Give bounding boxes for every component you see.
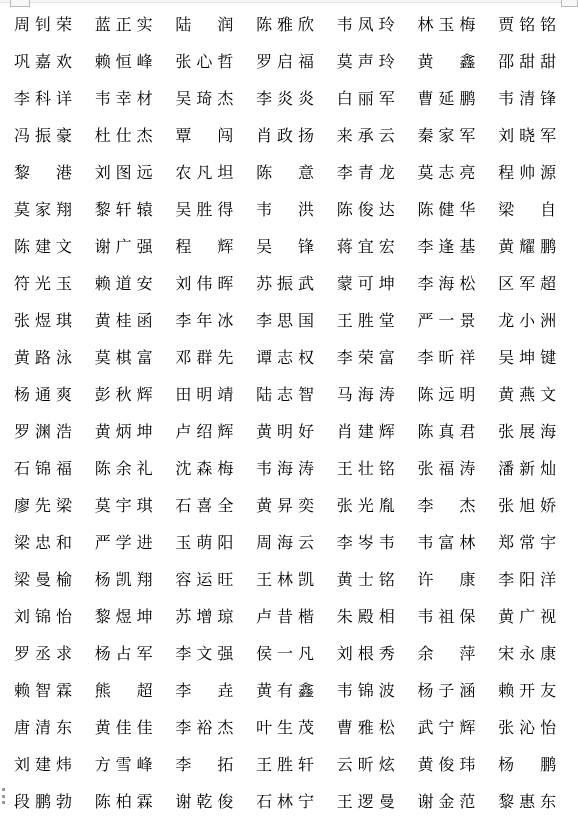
drag-handle-dots-icon[interactable] — [1, 788, 6, 804]
name-cell: 吴锋 — [256, 239, 314, 255]
name-cell: 陈柏霖 — [95, 794, 153, 810]
name-cell: 杨占军 — [95, 646, 153, 662]
name-cell: 莫棋富 — [95, 350, 153, 366]
name-cell: 陈远明 — [417, 387, 475, 403]
name-cell: 张沁怡 — [498, 720, 556, 736]
name-row: 张煜琪黄桂函李年冰李思国王胜堂严一景龙小洲 — [14, 302, 564, 339]
name-cell: 马海涛 — [337, 387, 395, 403]
name-cell: 吴坤键 — [498, 350, 556, 366]
name-cell: 卢绍辉 — [175, 424, 233, 440]
name-cell: 黄广视 — [498, 609, 556, 625]
name-cell: 容运旺 — [175, 572, 233, 588]
name-cell: 宋永康 — [498, 646, 556, 662]
name-cell: 莫家翔 — [14, 202, 72, 218]
name-cell: 唐清东 — [14, 720, 72, 736]
name-cell: 武宁辉 — [417, 720, 475, 736]
name-cell: 周钊荣 — [14, 17, 72, 33]
name-cell: 黄桂函 — [95, 313, 153, 329]
name-cell: 谢乾俊 — [175, 794, 233, 810]
name-cell: 韦富林 — [417, 535, 475, 551]
name-cell: 陈意 — [256, 165, 314, 181]
name-cell: 蓝正实 — [95, 17, 153, 33]
name-cell: 黄明好 — [256, 424, 314, 440]
name-cell: 王壮铭 — [337, 461, 395, 477]
name-cell: 谢广强 — [95, 239, 153, 255]
name-row: 梁曼榆杨凯翔容运旺王林凯黄士铭许康李阳洋 — [14, 561, 564, 598]
name-cell: 黄路泳 — [14, 350, 72, 366]
name-cell: 来承云 — [337, 128, 395, 144]
name-cell: 许康 — [417, 572, 475, 588]
name-cell: 侯一凡 — [256, 646, 314, 662]
name-cell: 韦幸材 — [95, 91, 153, 107]
name-row: 石锦福陈余礼沈森梅韦海涛王壮铭张福涛潘新灿 — [14, 450, 564, 487]
name-cell: 黎港 — [14, 165, 72, 181]
name-cell: 韦清锋 — [498, 91, 556, 107]
name-cell: 赖恒峰 — [95, 54, 153, 70]
drag-dot — [2, 788, 5, 791]
name-cell: 罗渊浩 — [14, 424, 72, 440]
name-cell: 李年冰 — [175, 313, 233, 329]
name-cell: 李裕杰 — [175, 720, 233, 736]
name-cell: 黄昇奕 — [256, 498, 314, 514]
name-cell: 肖建辉 — [337, 424, 395, 440]
name-cell: 石锦福 — [14, 461, 72, 477]
name-cell: 张光胤 — [337, 498, 395, 514]
name-cell: 余萍 — [417, 646, 475, 662]
name-cell: 符光玉 — [14, 276, 72, 292]
name-cell: 李文强 — [175, 646, 233, 662]
name-cell: 林玉梅 — [417, 17, 475, 33]
name-cell: 玉萌阳 — [175, 535, 233, 551]
name-cell: 曹延鹏 — [417, 91, 475, 107]
name-cell: 李思国 — [256, 313, 314, 329]
name-cell: 曹雅松 — [337, 720, 395, 736]
name-cell: 石林宁 — [256, 794, 314, 810]
name-cell: 贾铭铭 — [498, 17, 556, 33]
name-cell: 田明靖 — [175, 387, 233, 403]
name-cell: 赖开友 — [498, 683, 556, 699]
name-cell: 熊超 — [95, 683, 153, 699]
name-cell: 王林凯 — [256, 572, 314, 588]
name-cell: 杨鹏 — [498, 757, 556, 773]
name-cell: 张煜琪 — [14, 313, 72, 329]
name-cell: 龙小洲 — [498, 313, 556, 329]
name-cell: 罗丞求 — [14, 646, 72, 662]
name-cell: 陈俊达 — [337, 202, 395, 218]
name-cell: 赖智霖 — [14, 683, 72, 699]
name-cell: 李阳洋 — [498, 572, 556, 588]
name-row: 黎港刘图远农凡坦陈意李青龙莫志亮程帅源 — [14, 154, 564, 191]
name-cell: 黄炳坤 — [95, 424, 153, 440]
name-cell: 韦祖保 — [417, 609, 475, 625]
name-cell: 区军超 — [498, 276, 556, 292]
name-cell: 刘图远 — [95, 165, 153, 181]
name-cell: 莫声玲 — [337, 54, 395, 70]
name-row: 冯振豪杜仕杰覃闯肖政扬来承云秦家军刘晓军 — [14, 117, 564, 154]
name-cell: 黄俊玮 — [417, 757, 475, 773]
name-cell: 沈森梅 — [175, 461, 233, 477]
name-cell: 李垚 — [175, 683, 233, 699]
name-cell: 赖道安 — [95, 276, 153, 292]
name-cell: 段鹏勃 — [14, 794, 72, 810]
name-cell: 李昕祥 — [417, 350, 475, 366]
name-cell: 刘锦怡 — [14, 609, 72, 625]
name-grid: 周钊荣蓝正实陆润陈雅欣韦凤玲林玉梅贾铭铭巩嘉欢赖恒峰张心哲罗启福莫声玲黄鑫邵甜甜… — [14, 6, 564, 820]
name-cell: 梁自 — [498, 202, 556, 218]
name-cell: 韦锦波 — [337, 683, 395, 699]
name-cell: 苏振武 — [256, 276, 314, 292]
name-cell: 刘晓军 — [498, 128, 556, 144]
name-cell: 张心哲 — [175, 54, 233, 70]
document-page: 周钊荣蓝正实陆润陈雅欣韦凤玲林玉梅贾铭铭巩嘉欢赖恒峰张心哲罗启福莫声玲黄鑫邵甜甜… — [0, 0, 578, 837]
name-cell: 黄燕文 — [498, 387, 556, 403]
name-cell: 李青龙 — [337, 165, 395, 181]
name-cell: 黎轩辕 — [95, 202, 153, 218]
name-row: 陈建文谢广强程辉吴锋蒋宜宏李逢基黄耀鹏 — [14, 228, 564, 265]
drag-dot — [2, 795, 5, 798]
name-cell: 秦家军 — [417, 128, 475, 144]
name-cell: 莫宇琪 — [95, 498, 153, 514]
name-row: 唐清东黄佳佳李裕杰叶生茂曹雅松武宁辉张沁怡 — [14, 709, 564, 746]
name-cell: 周海云 — [256, 535, 314, 551]
name-cell: 白丽军 — [337, 91, 395, 107]
name-cell: 巩嘉欢 — [14, 54, 72, 70]
name-cell: 黎煜坤 — [95, 609, 153, 625]
name-row: 刘锦怡黎煜坤苏增琼卢昔楷朱殿相韦祖保黄广视 — [14, 598, 564, 635]
name-row: 杨通爽彭秋辉田明靖陆志智马海涛陈远明黄燕文 — [14, 376, 564, 413]
name-cell: 杨凯翔 — [95, 572, 153, 588]
name-cell: 刘伟晖 — [175, 276, 233, 292]
name-cell: 陆润 — [175, 17, 233, 33]
name-cell: 石喜全 — [175, 498, 233, 514]
name-cell: 韦凤玲 — [337, 17, 395, 33]
name-cell: 卢昔楷 — [256, 609, 314, 625]
name-cell: 谭志权 — [256, 350, 314, 366]
name-row: 刘建炜方雪峰李拓王胜轩云昕炫黄俊玮杨鹏 — [14, 746, 564, 783]
name-cell: 陈建文 — [14, 239, 72, 255]
name-cell: 潘新灿 — [498, 461, 556, 477]
name-cell: 严一景 — [417, 313, 475, 329]
name-cell: 杨子涵 — [417, 683, 475, 699]
name-row: 巩嘉欢赖恒峰张心哲罗启福莫声玲黄鑫邵甜甜 — [14, 43, 564, 80]
name-cell: 严学进 — [95, 535, 153, 551]
name-cell: 肖政扬 — [256, 128, 314, 144]
name-cell: 韦海涛 — [256, 461, 314, 477]
name-cell: 杨通爽 — [14, 387, 72, 403]
name-cell: 黄佳佳 — [95, 720, 153, 736]
name-cell: 王逻曼 — [337, 794, 395, 810]
name-row: 廖先梁莫宇琪石喜全黄昇奕张光胤李杰张旭娇 — [14, 487, 564, 524]
name-cell: 李逢基 — [417, 239, 475, 255]
name-row: 周钊荣蓝正实陆润陈雅欣韦凤玲林玉梅贾铭铭 — [14, 6, 564, 43]
name-cell: 蒋宜宏 — [337, 239, 395, 255]
name-cell: 黄耀鹏 — [498, 239, 556, 255]
name-cell: 黎惠东 — [498, 794, 556, 810]
drag-dot — [2, 801, 5, 804]
name-row: 梁忠和严学进玉萌阳周海云李岑韦韦富林郑常宇 — [14, 524, 564, 561]
name-cell: 邵甜甜 — [498, 54, 556, 70]
name-cell: 陆志智 — [256, 387, 314, 403]
name-cell: 黄鑫 — [417, 54, 475, 70]
name-cell: 梁曼榆 — [14, 572, 72, 588]
name-cell: 李科详 — [14, 91, 72, 107]
name-cell: 李岑韦 — [337, 535, 395, 551]
name-cell: 程帅源 — [498, 165, 556, 181]
name-cell: 覃闯 — [175, 128, 233, 144]
name-cell: 刘根秀 — [337, 646, 395, 662]
name-cell: 云昕炫 — [337, 757, 395, 773]
name-row: 黄路泳莫棋富邓群先谭志权李荣富李昕祥吴坤键 — [14, 339, 564, 376]
name-cell: 苏增琼 — [175, 609, 233, 625]
name-cell: 张展海 — [498, 424, 556, 440]
name-row: 李科详韦幸材吴琦杰李炎炎白丽军曹延鹏韦清锋 — [14, 80, 564, 117]
name-cell: 陈真君 — [417, 424, 475, 440]
name-cell: 王胜轩 — [256, 757, 314, 773]
name-cell: 冯振豪 — [14, 128, 72, 144]
name-cell: 张旭娇 — [498, 498, 556, 514]
name-cell: 方雪峰 — [95, 757, 153, 773]
name-cell: 罗启福 — [256, 54, 314, 70]
name-cell: 程辉 — [175, 239, 233, 255]
name-row: 符光玉赖道安刘伟晖苏振武蒙可坤李海松区军超 — [14, 265, 564, 302]
name-row: 罗渊浩黄炳坤卢绍辉黄明好肖建辉陈真君张展海 — [14, 413, 564, 450]
name-row: 段鹏勃陈柏霖谢乾俊石林宁王逻曼谢金范黎惠东 — [14, 783, 564, 820]
name-cell: 蒙可坤 — [337, 276, 395, 292]
name-cell: 陈余礼 — [95, 461, 153, 477]
name-cell: 廖先梁 — [14, 498, 72, 514]
name-cell: 谢金范 — [417, 794, 475, 810]
name-row: 赖智霖熊超李垚黄有鑫韦锦波杨子涵赖开友 — [14, 672, 564, 709]
name-cell: 李荣富 — [337, 350, 395, 366]
name-cell: 黄有鑫 — [256, 683, 314, 699]
name-cell: 彭秋辉 — [95, 387, 153, 403]
name-cell: 李炎炎 — [256, 91, 314, 107]
name-cell: 郑常宇 — [498, 535, 556, 551]
name-cell: 叶生茂 — [256, 720, 314, 736]
name-cell: 梁忠和 — [14, 535, 72, 551]
name-cell: 莫志亮 — [417, 165, 475, 181]
top-edge-strip — [0, 0, 578, 3]
name-cell: 朱殿相 — [337, 609, 395, 625]
name-cell: 韦洪 — [256, 202, 314, 218]
name-cell: 刘建炜 — [14, 757, 72, 773]
name-cell: 王胜堂 — [337, 313, 395, 329]
name-cell: 邓群先 — [175, 350, 233, 366]
name-row: 莫家翔黎轩辕吴胜得韦洪陈俊达陈健华梁自 — [14, 191, 564, 228]
name-cell: 杜仕杰 — [95, 128, 153, 144]
name-cell: 陈雅欣 — [256, 17, 314, 33]
name-cell: 吴琦杰 — [175, 91, 233, 107]
name-cell: 李杰 — [417, 498, 475, 514]
name-cell: 陈健华 — [417, 202, 475, 218]
name-cell: 李拓 — [175, 757, 233, 773]
name-cell: 张福涛 — [417, 461, 475, 477]
name-cell: 吴胜得 — [175, 202, 233, 218]
name-row: 罗丞求杨占军李文强侯一凡刘根秀余萍宋永康 — [14, 635, 564, 672]
name-cell: 农凡坦 — [175, 165, 233, 181]
name-cell: 黄士铭 — [337, 572, 395, 588]
name-cell: 李海松 — [417, 276, 475, 292]
